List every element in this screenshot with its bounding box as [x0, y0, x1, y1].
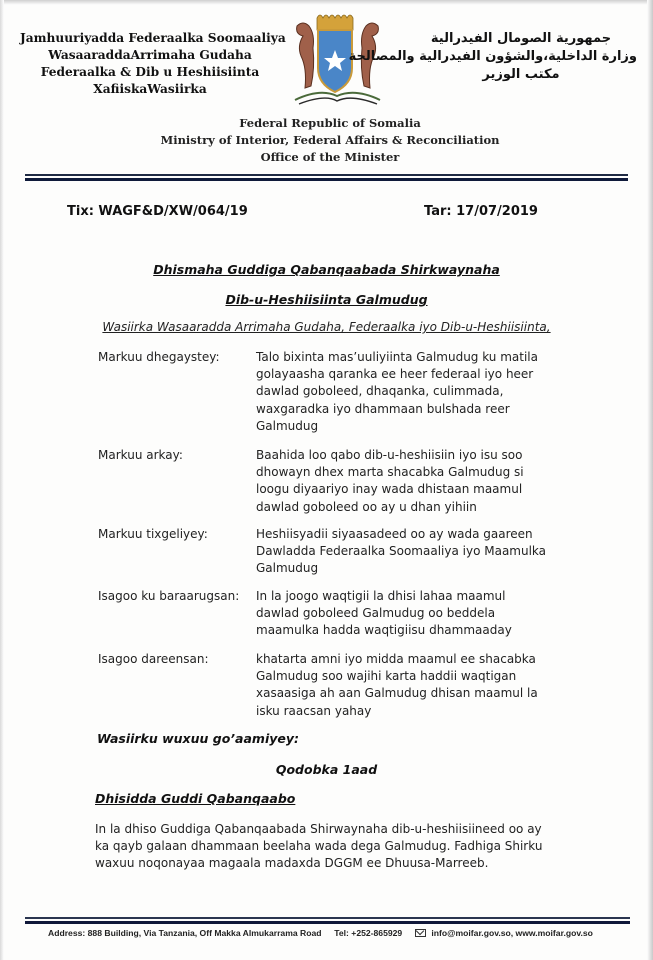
paragraph-line: ka qayb galaan dhammaan beelaha wada deg… — [95, 838, 565, 855]
letterhead-english-line: Ministry of Interior, Federal Affairs & … — [150, 132, 510, 149]
scan-edge-right — [647, 0, 653, 960]
clause-line: Galmudug soo wajihi karta haddii waqtiga… — [256, 668, 576, 685]
header-divider — [25, 174, 628, 176]
clause-line: golayaasha qaranka ee heer federaal iyo … — [256, 366, 576, 383]
letterhead-english: Federal Republic of Somalia Ministry of … — [150, 115, 510, 166]
letterhead-somali-line: Jamhuuriyadda Federaalka Soomaaliya — [20, 30, 280, 47]
clause-line: dawlad goboleed Galmudug oo beddela — [256, 605, 576, 622]
footer-telephone: Tel: +252-865929 — [334, 928, 402, 938]
clause-line: Galmudug — [256, 418, 576, 435]
clause-text: In la joogo waqtigii la dhisi lahaa maam… — [256, 588, 576, 640]
clause-line: Baahida loo qabo dib-u-heshiisiin iyo is… — [256, 447, 576, 464]
document-title: Dhismaha Guddiga Qabanqaabada Shirkwayna… — [0, 262, 653, 277]
clause-line: maamulka hadda waqtigiisu dhammaaday — [256, 622, 576, 639]
letterhead-somali: Jamhuuriyadda Federaalka Soomaaliya Wasa… — [20, 30, 280, 98]
clause-line: Talo bixinta mas’uuliyiinta Galmudug ku … — [256, 349, 576, 366]
letterhead-somali-line: XafiiskaWasiirka — [20, 81, 280, 98]
letterhead-arabic-line: مكتب الوزير — [405, 66, 637, 84]
clause-label: Markuu arkay: — [98, 447, 183, 464]
letterhead-english-line: Federal Republic of Somalia — [150, 115, 510, 132]
letterhead-english-line: Office of the Minister — [150, 149, 510, 166]
clause-line: dawlad goboleed, dhaqanka, culimmada, — [256, 383, 576, 400]
clause-text: Baahida loo qabo dib-u-heshiisiin iyo is… — [256, 447, 576, 516]
scan-edge-top — [0, 0, 653, 5]
letterhead-somali-line: Federaalka & Dib u Heshiisiinta — [20, 64, 280, 81]
clause-line: In la joogo waqtigii la dhisi lahaa maam… — [256, 588, 576, 605]
clause-line: isku raacsan yahay — [256, 703, 576, 720]
article-paragraph: In la dhiso Guddiga Qabanqaabada Shirway… — [95, 821, 565, 873]
footer-address: Address: 888 Building, Via Tanzania, Off… — [48, 928, 322, 938]
scan-edge-left — [0, 0, 4, 960]
section-heading: Dhisidda Guddi Qabanqaabo — [95, 791, 295, 806]
clause-line: Heshiisyadii siyaasadeed oo ay wada gaar… — [256, 526, 576, 543]
clause-line: dhowayn dhex marta shacabka Galmudug si — [256, 464, 576, 481]
clause-text: Talo bixinta mas’uuliyiinta Galmudug ku … — [256, 349, 576, 435]
footer-divider — [25, 921, 630, 924]
article-heading: Qodobka 1aad — [0, 762, 653, 777]
clause-label: Isagoo dareensan: — [98, 651, 209, 668]
letterhead-arabic: جمهورية الصومال الفيدرالية وزارة الداخلي… — [405, 30, 637, 84]
reference-number: Tix: WAGF&D/XW/064/19 — [67, 204, 248, 219]
footer-divider — [25, 917, 630, 919]
document-title-line2: Dib-u-Heshiisiinta Galmudug — [0, 292, 653, 307]
clause-label: Markuu dhegaystey: — [98, 349, 220, 366]
clause-line: dawlad goboleed oo ay u dhan yihiin — [256, 499, 576, 516]
paragraph-line: waxuu noqonayaa magaala madaxda DGGM ee … — [95, 855, 565, 872]
letterhead-arabic-line: جمهورية الصومال الفيدرالية — [405, 30, 637, 48]
clause-line: khatarta amni iyo midda maamul ee shacab… — [256, 651, 576, 668]
letterhead-somali-line: WasaaraddaArrimaha Gudaha — [20, 47, 280, 64]
clause-line: waxgaradka iyo dhammaan bulshada reer — [256, 401, 576, 418]
clause-label: Markuu tixgeliyey: — [98, 526, 208, 543]
footer-contact: info@moifar.gov.so, www.moifar.gov.so — [431, 928, 593, 938]
clause-line: Dawladda Federaalka Soomaaliya iyo Maamu… — [256, 543, 576, 560]
decision-heading: Wasiirku wuxuu go’aamiyey: — [97, 731, 299, 746]
envelope-icon — [415, 929, 426, 937]
footer: Address: 888 Building, Via Tanzania, Off… — [48, 928, 618, 938]
clause-line: loogu diyaariyo inay wada dhistaan maamu… — [256, 481, 576, 498]
clause-line: xasaasiga ah aan Galmudug dhisan maamul … — [256, 685, 576, 702]
document-issuer: Wasiirka Wasaaradda Arrimaha Gudaha, Fed… — [0, 320, 653, 334]
clause-text: khatarta amni iyo midda maamul ee shacab… — [256, 651, 576, 720]
clause-line: Galmudug — [256, 560, 576, 577]
document-date: Tar: 17/07/2019 — [424, 204, 538, 219]
letter-page: Jamhuuriyadda Federaalka Soomaaliya Wasa… — [0, 0, 653, 960]
clause-text: Heshiisyadii siyaasadeed oo ay wada gaar… — [256, 526, 576, 578]
paragraph-line: In la dhiso Guddiga Qabanqaabada Shirway… — [95, 821, 565, 838]
header-divider — [25, 178, 628, 181]
clause-label: Isagoo ku baraarugsan: — [98, 588, 239, 605]
letterhead-arabic-line: وزارة الداخلية،والشؤون الفيدرالية والمصا… — [405, 48, 637, 66]
